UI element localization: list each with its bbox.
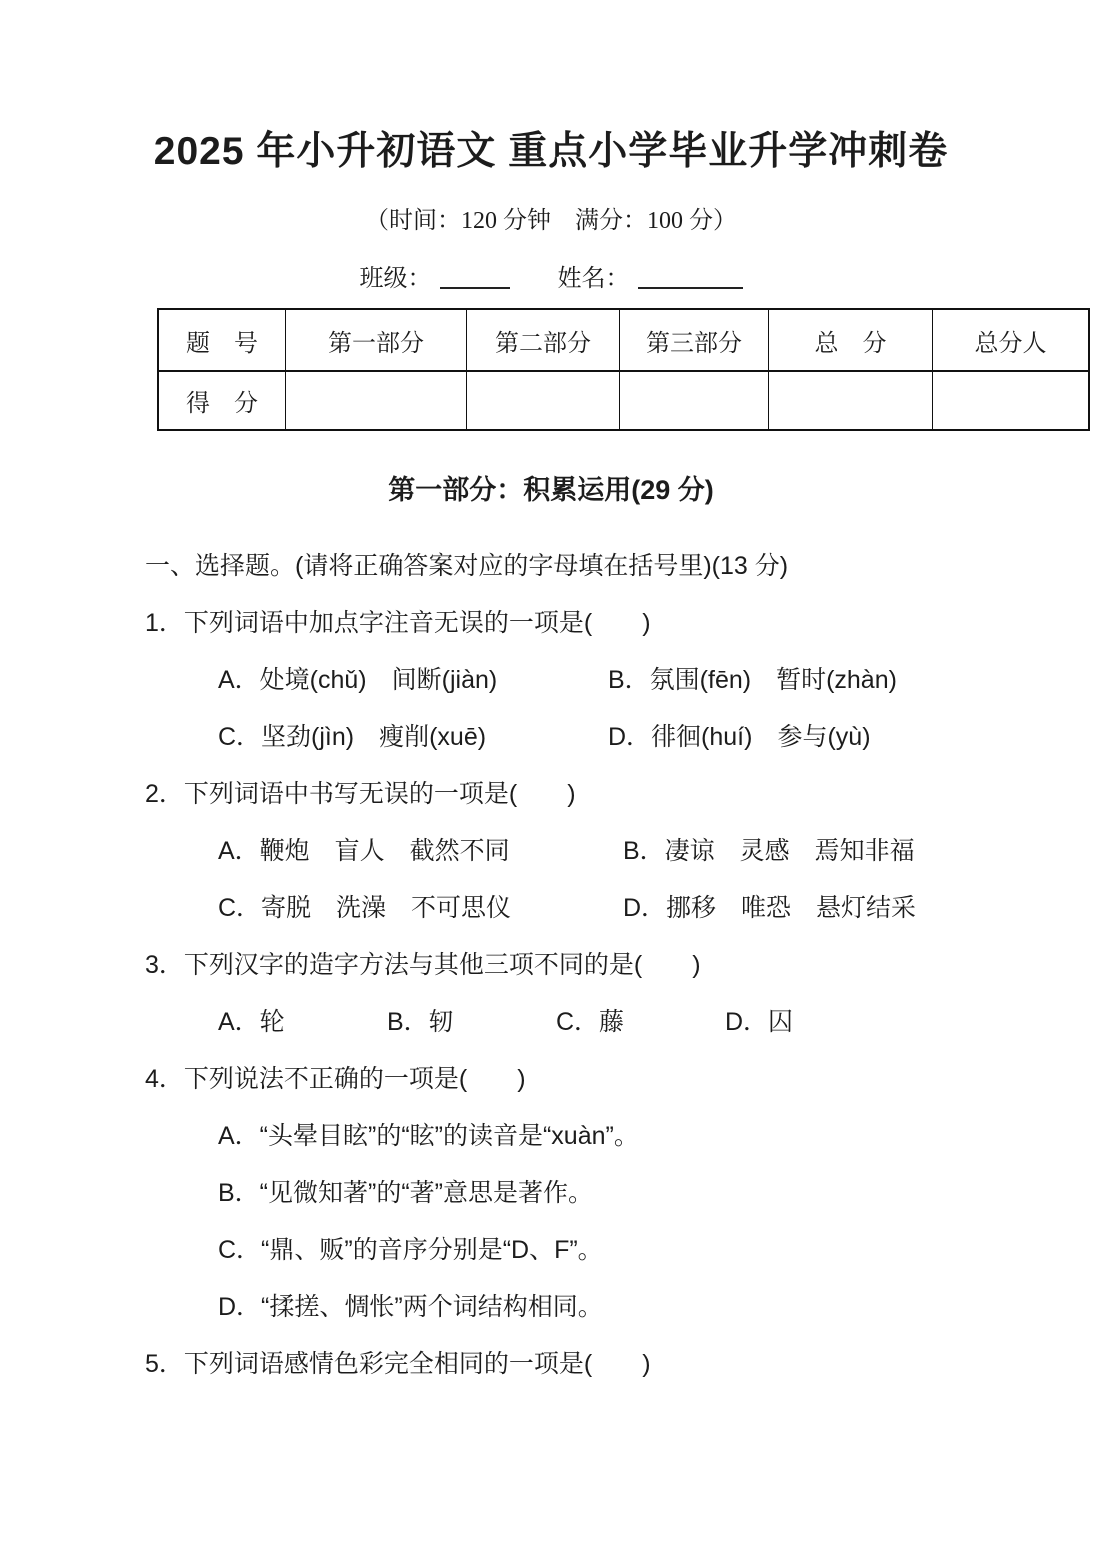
option: A．处境(chǔ) 间断(jiàn) xyxy=(218,660,608,696)
option: B．凄谅 灵感 焉知非福 xyxy=(623,831,915,867)
option: D．囚 xyxy=(725,1002,793,1038)
questions-area: 一、选择题。(请将正确答案对应的字母填在括号里)(13 分) 1．下列词语中加点… xyxy=(145,535,1062,1390)
option: C．“鼎、贩”的音序分别是“D、F”。 xyxy=(218,1230,603,1266)
name-label: 姓名： xyxy=(558,266,630,292)
option: B．“见微知著”的“著”意思是著作。 xyxy=(218,1173,593,1209)
option: D．挪移 唯恐 悬灯结采 xyxy=(623,888,916,924)
option: A．轮 xyxy=(218,1002,387,1038)
question-stem: 5．下列词语感情色彩完全相同的一项是( ) xyxy=(145,1333,1062,1390)
option-row: C．“鼎、贩”的音序分别是“D、F”。 xyxy=(145,1219,1062,1276)
option: A．“头晕目眩”的“眩”的读音是“xuàn”。 xyxy=(218,1116,639,1152)
section-heading: 第一部分：积累运用(29 分) xyxy=(0,475,1102,505)
option-row: C．寄脱 洗澡 不可思仪 D．挪移 唯恐 悬灯结采 xyxy=(145,877,1062,934)
question-stem: 2．下列词语中书写无误的一项是( ) xyxy=(145,763,1062,820)
score-table-header-cell: 总分人 xyxy=(933,309,1090,371)
option-row: A．鞭炮 盲人 截然不同 B．凄谅 灵感 焉知非福 xyxy=(145,820,1062,877)
student-info-line: 班级： 姓名： xyxy=(0,262,1102,294)
option-row: D．“揉搓、惆怅”两个词结构相同。 xyxy=(145,1276,1062,1333)
score-table-header-row: 题 号 第一部分 第二部分 第三部分 总 分 总分人 xyxy=(158,309,1089,371)
option: B．氛围(fēn) 暂时(zhàn) xyxy=(608,660,897,696)
exam-paper-page: 2025 年小升初语文 重点小学毕业升学冲刺卷 （时间：120 分钟 满分：10… xyxy=(0,0,1102,1559)
name-blank-line xyxy=(638,265,743,289)
question-stem: 1．下列词语中加点字注音无误的一项是( ) xyxy=(145,592,1062,649)
exam-time-score-note: （时间：120 分钟 满分：100 分） xyxy=(0,206,1102,236)
option-row: A．处境(chǔ) 间断(jiàn) B．氛围(fēn) 暂时(zhàn) xyxy=(145,649,1062,706)
score-cell xyxy=(467,371,620,430)
option: B．轫 xyxy=(387,1002,556,1038)
subsection-heading: 一、选择题。(请将正确答案对应的字母填在括号里)(13 分) xyxy=(145,535,1062,592)
page-title: 2025 年小升初语文 重点小学毕业升学冲刺卷 xyxy=(0,0,1102,176)
question-stem: 4．下列说法不正确的一项是( ) xyxy=(145,1048,1062,1105)
score-table-header-cell: 题 号 xyxy=(158,309,286,371)
option: C．坚劲(jìn) 瘦削(xuē) xyxy=(218,717,608,753)
option-row: B．“见微知著”的“著”意思是著作。 xyxy=(145,1162,1062,1219)
option-row: C．坚劲(jìn) 瘦削(xuē) D．徘徊(huí) 参与(yù) xyxy=(145,706,1062,763)
score-table-header-cell: 第三部分 xyxy=(620,309,769,371)
option-row: A．“头晕目眩”的“眩”的读音是“xuàn”。 xyxy=(145,1105,1062,1162)
option: D．“揉搓、惆怅”两个词结构相同。 xyxy=(218,1287,603,1323)
score-table-header-cell: 第二部分 xyxy=(467,309,620,371)
option-row: A．轮 B．轫 C．藤 D．囚 xyxy=(145,991,1062,1048)
question-stem: 3．下列汉字的造字方法与其他三项不同的是( ) xyxy=(145,934,1062,991)
class-label: 班级： xyxy=(360,266,432,292)
class-blank-line xyxy=(440,265,510,289)
score-table-score-row: 得 分 xyxy=(158,371,1089,430)
score-table-header-cell: 总 分 xyxy=(769,309,933,371)
score-table: 题 号 第一部分 第二部分 第三部分 总 分 总分人 得 分 xyxy=(157,308,1090,431)
score-cell xyxy=(286,371,467,430)
score-cell xyxy=(769,371,933,430)
score-cell xyxy=(620,371,769,430)
option: A．鞭炮 盲人 截然不同 xyxy=(218,831,623,867)
option: D．徘徊(huí) 参与(yù) xyxy=(608,717,871,753)
option: C．藤 xyxy=(556,1002,725,1038)
option: C．寄脱 洗澡 不可思仪 xyxy=(218,888,623,924)
score-table-header-cell: 第一部分 xyxy=(286,309,467,371)
score-row-label: 得 分 xyxy=(158,371,286,430)
score-cell xyxy=(933,371,1090,430)
